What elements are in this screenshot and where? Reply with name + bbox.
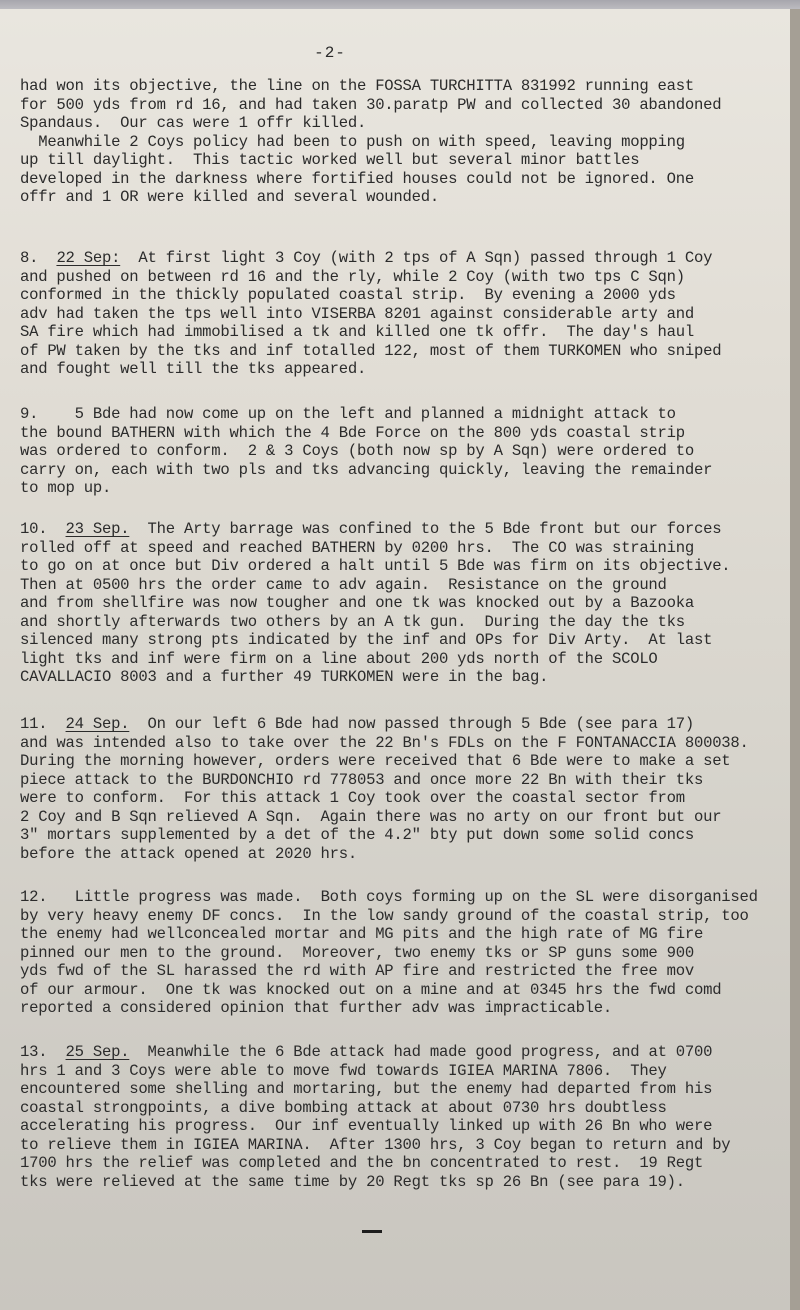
text-line: to mop up. [20, 479, 800, 498]
paragraph-date: 25 Sep. [66, 1043, 130, 1061]
paragraph-number: 12. [20, 888, 66, 906]
paragraph-text: Meanwhile the 6 Bde attack had made good… [129, 1043, 712, 1061]
text-line: before the attack opened at 2020 hrs. [20, 845, 800, 864]
page-number: -2- [0, 44, 660, 62]
paragraph-13: 13. 25 Sep. Meanwhile the 6 Bde attack h… [20, 1043, 800, 1191]
paragraph-text: The Arty barrage was confined to the 5 B… [129, 520, 721, 538]
text-line: coastal strongpoints, a dive bombing att… [20, 1099, 800, 1118]
paragraph-number: 10. [20, 520, 66, 538]
text-line: and pushed on between rd 16 and the rly,… [20, 268, 800, 287]
paragraph-first-line: 12. Little progress was made. Both coys … [20, 888, 800, 907]
paragraph-first-line: 8. 22 Sep: At first light 3 Coy (with 2 … [20, 249, 800, 268]
paragraph-12: 12. Little progress was made. Both coys … [20, 888, 800, 1018]
text-line: silenced many strong pts indicated by th… [20, 631, 800, 650]
text-line: piece attack to the BURDONCHIO rd 778053… [20, 771, 800, 790]
paragraph-text: On our left 6 Bde had now passed through… [129, 715, 694, 733]
paragraph-text: Little progress was made. Both coys form… [66, 888, 758, 906]
text-line: pinned our men to the ground. Moreover, … [20, 944, 800, 963]
text-line: 3" mortars supplemented by a det of the … [20, 826, 800, 845]
text-line: CAVALLACIO 8003 and a further 49 TURKOME… [20, 668, 800, 687]
text-line: and shortly afterwards two others by an … [20, 613, 800, 632]
text-line: conformed in the thickly populated coast… [20, 286, 800, 305]
paragraph-date: 24 Sep. [66, 715, 130, 733]
paragraph-number: 11. [20, 715, 66, 733]
text-line: developed in the darkness where fortifie… [20, 170, 800, 189]
paragraph-first-line: 13. 25 Sep. Meanwhile the 6 Bde attack h… [20, 1043, 800, 1062]
text-line: reported a considered opinion that furth… [20, 999, 800, 1018]
text-line: by very heavy enemy DF concs. In the low… [20, 907, 800, 926]
text-line: the enemy had wellconcealed mortar and M… [20, 925, 800, 944]
text-line: up till daylight. This tactic worked wel… [20, 151, 800, 170]
text-line: had won its objective, the line on the F… [20, 77, 800, 96]
paragraph-11: 11. 24 Sep. On our left 6 Bde had now pa… [20, 715, 800, 863]
text-line: Spandaus. Our cas were 1 offr killed. [20, 114, 800, 133]
text-line: rolled off at speed and reached BATHERN … [20, 539, 800, 558]
paragraph-9: 9. 5 Bde had now come up on the left and… [20, 405, 800, 498]
paragraph-date: 22 Sep: [56, 249, 120, 267]
text-line: 2 Coy and B Sqn relieved A Sqn. Again th… [20, 808, 800, 827]
text-line: accelerating his progress. Our inf event… [20, 1117, 800, 1136]
text-line: of our armour. One tk was knocked out on… [20, 981, 800, 1000]
text-line: SA fire which had immobilised a tk and k… [20, 323, 800, 342]
text-line: 1700 hrs the relief was completed and th… [20, 1154, 800, 1173]
paragraph-text: At first light 3 Coy (with 2 tps of A Sq… [120, 249, 712, 267]
text-line: offr and 1 OR were killed and several wo… [20, 188, 800, 207]
text-line: encountered some shelling and mortaring,… [20, 1080, 800, 1099]
paragraph-number: 9. [20, 405, 56, 423]
page-top-edge [0, 0, 800, 9]
text-line: for 500 yds from rd 16, and had taken 30… [20, 96, 800, 115]
text-line: of PW taken by the tks and inf totalled … [20, 342, 800, 361]
text-line: were to conform. For this attack 1 Coy t… [20, 789, 800, 808]
text-line: Then at 0500 hrs the order came to adv a… [20, 576, 800, 595]
paragraph-10: 10. 23 Sep. The Arty barrage was confine… [20, 520, 800, 687]
continuation-text: had won its objective, the line on the F… [20, 77, 800, 207]
text-line: and was intended also to take over the 2… [20, 734, 800, 753]
text-line: light tks and inf were firm on a line ab… [20, 650, 800, 669]
text-line: to relieve them in IGIEA MARINA. After 1… [20, 1136, 800, 1155]
paragraph-8: 8. 22 Sep: At first light 3 Coy (with 2 … [20, 249, 800, 379]
text-line: tks were relieved at the same time by 20… [20, 1173, 800, 1192]
end-of-page-mark [362, 1230, 382, 1233]
typewritten-page: -2- had won its objective, the line on t… [0, 9, 800, 1310]
paragraph-date: 23 Sep. [66, 520, 130, 538]
paragraph-text: 5 Bde had now come up on the left and pl… [56, 405, 675, 423]
text-line: hrs 1 and 3 Coys were able to move fwd t… [20, 1062, 800, 1081]
text-line: During the morning however, orders were … [20, 752, 800, 771]
paragraph-first-line: 9. 5 Bde had now come up on the left and… [20, 405, 800, 424]
paragraph-number: 8. [20, 249, 56, 267]
paragraph-first-line: 11. 24 Sep. On our left 6 Bde had now pa… [20, 715, 800, 734]
text-line: and from shellfire was now tougher and o… [20, 594, 800, 613]
text-line: was ordered to conform. 2 & 3 Coys (both… [20, 442, 800, 461]
paragraph-number: 13. [20, 1043, 66, 1061]
text-line: yds fwd of the SL harassed the rd with A… [20, 962, 800, 981]
text-line: carry on, each with two pls and tks adva… [20, 461, 800, 480]
text-line: Meanwhile 2 Coys policy had been to push… [20, 133, 800, 152]
text-line: to go on at once but Div ordered a halt … [20, 557, 800, 576]
text-line: adv had taken the tps well into VISERBA … [20, 305, 800, 324]
paragraph-first-line: 10. 23 Sep. The Arty barrage was confine… [20, 520, 800, 539]
text-line: and fought well till the tks appeared. [20, 360, 800, 379]
text-line: the bound BATHERN with which the 4 Bde F… [20, 424, 800, 443]
